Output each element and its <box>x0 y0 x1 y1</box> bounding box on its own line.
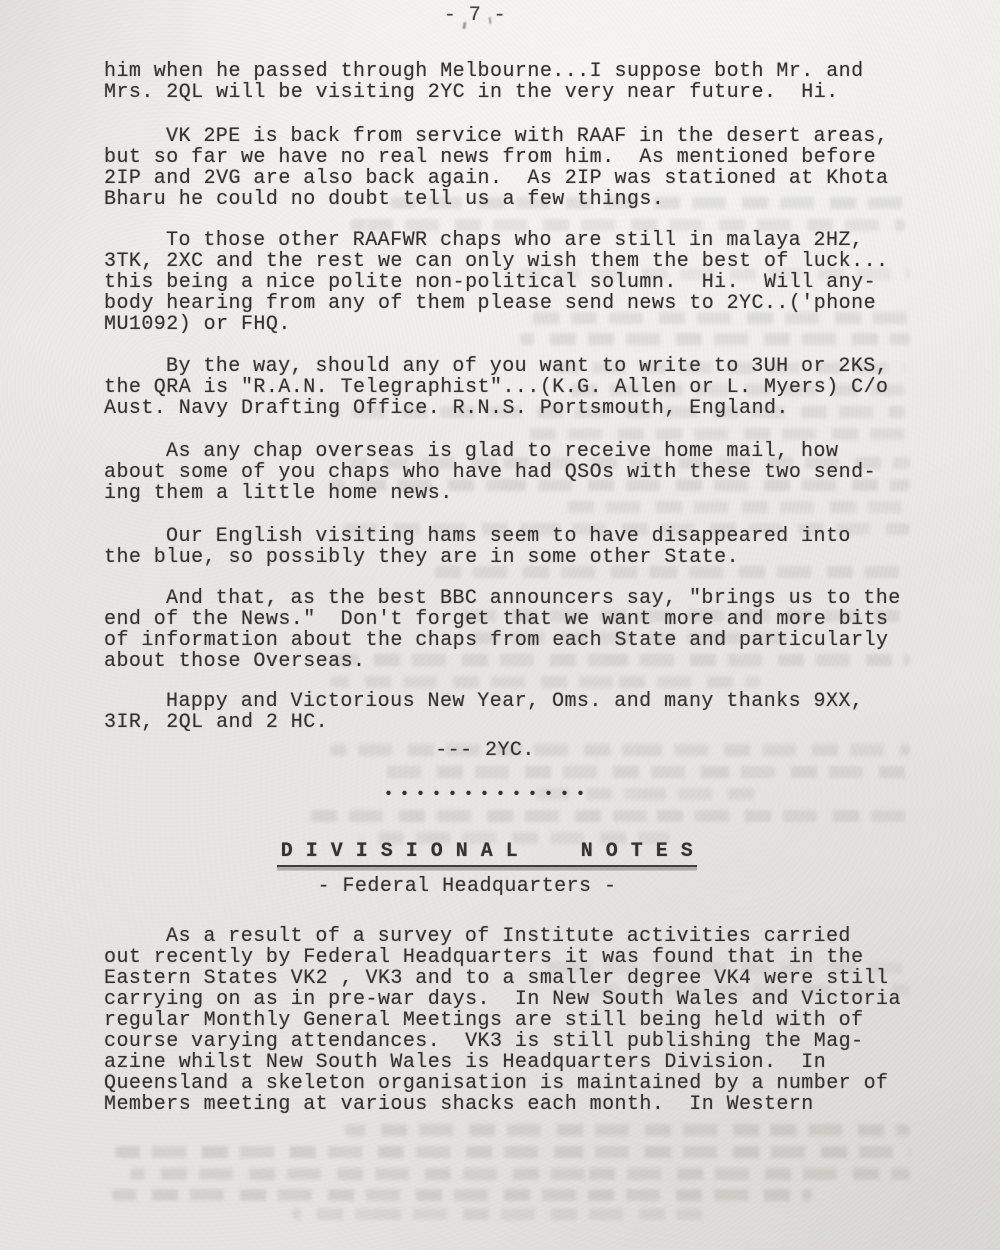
paragraph-vk2pe: VK 2PE is back from service with RAAF in… <box>104 126 919 210</box>
federal-headquarters-subheading: - Federal Headquarters - <box>0 876 967 897</box>
bleedthrough-line <box>380 766 910 778</box>
bleedthrough-line <box>520 428 910 440</box>
page-number: - 7 - <box>0 5 975 26</box>
paragraph-continuation: him when he passed through Melbourne...I… <box>104 61 919 103</box>
bleedthrough-line <box>115 1146 910 1158</box>
bleedthrough-line <box>130 1168 910 1180</box>
paragraph-home-mail: As any chap overseas is glad to receive … <box>104 441 919 504</box>
section-heading-wrap: D I V I S I O N A L N O T E S <box>0 841 987 867</box>
dotted-separator: ••••••••••••• <box>0 784 988 805</box>
paragraph-new-year: Happy and Victorious New Year, Oms. and … <box>104 691 919 733</box>
paragraph-qra: By the way, should any of you want to wr… <box>104 356 919 419</box>
paragraph-raafwr: To those other RAAFWR chaps who are stil… <box>104 230 919 335</box>
bleedthrough-line <box>330 676 760 688</box>
divisional-notes-heading: D I V I S I O N A L N O T E S <box>277 841 698 867</box>
paragraph-bbc-news: And that, as the best BBC announcers say… <box>104 588 919 672</box>
paragraph-english-hams: Our English visiting hams seem to have d… <box>104 526 919 568</box>
typewritten-document-page: - 7 - him when he passed through Melbour… <box>0 0 1000 1250</box>
bleedthrough-line <box>112 1189 812 1201</box>
signoff-2yc: --- 2YC. <box>0 740 985 761</box>
bleedthrough-line <box>345 1124 910 1136</box>
bleedthrough-line <box>300 810 910 822</box>
bleedthrough-line <box>292 1208 702 1220</box>
paragraph-federal-hq: As a result of a survey of Institute act… <box>104 926 919 1115</box>
